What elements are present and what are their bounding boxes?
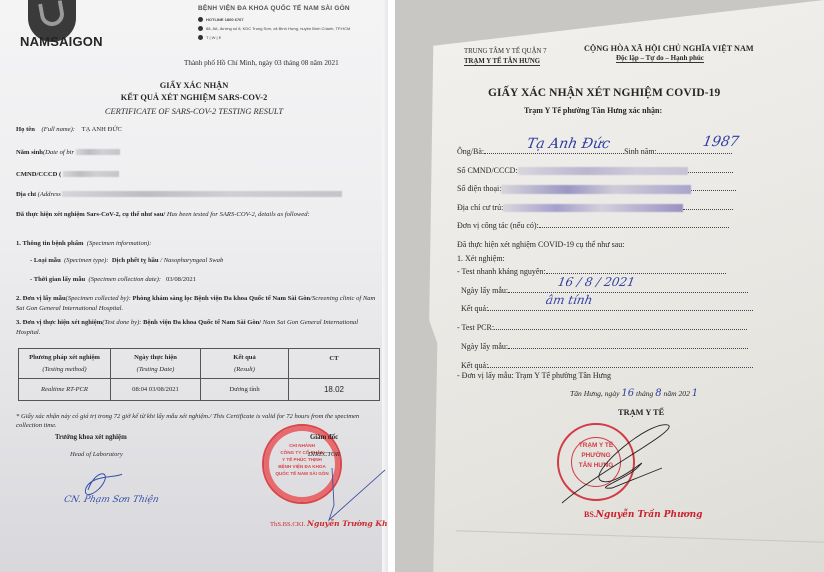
field-workplace: Đơn vị công tác (nếu có): [457, 221, 729, 230]
handwritten-birth-year: 1987 [702, 134, 740, 150]
collected-by: - Đơn vị lấy mẫu: Trạm Y Tế phường Tân H… [457, 371, 611, 380]
collected-by: 2. Đơn vị lấy mẫu(Specimen collected by)… [16, 294, 376, 314]
rapid-result-field: Kết quả: [461, 304, 753, 313]
handwritten-name: Tạ Anh Đức [526, 136, 612, 152]
director-title: Giám đốc [310, 434, 338, 441]
handwritten-rapid-date: 16 / 8 / 2021 [557, 275, 636, 289]
result-table: Phương pháp xét nghiệm(Testing method) N… [18, 348, 380, 401]
title-vi-2: KẾT QUẢ XÉT NGHIỆM SARS-COV-2 [0, 93, 388, 102]
tested-line: Đã thực hiện xét nghiệm COVID-19 cụ thể … [457, 240, 625, 249]
place-date: Thành phố Hồ Chí Minh, ngày 03 tháng 08 … [184, 59, 339, 67]
hospital-name: BỆNH VIỆN ĐA KHOA QUỐC TẾ NAM SÀI GÒN [198, 5, 350, 12]
section-test: 1. Xét nghiệm: [457, 254, 505, 263]
redacted-address [62, 191, 342, 197]
agency-district: TRUNG TÂM Y TẾ QUẬN 7 [464, 48, 547, 55]
field-id-card: Số CMND/CCCD: [457, 166, 733, 175]
station-stamp: TRẠM Y TẾPHƯỜNGTÂN HƯNG [557, 423, 635, 501]
republic-heading: CỘNG HÒA XÃ HỘI CHỦ NGHĨA VIỆT NAM [584, 44, 754, 53]
header-testing-date: Ngày thực hiện(Testing Date) [111, 349, 201, 379]
field-address: Địa chỉ (Address [16, 191, 342, 198]
location-icon [198, 26, 203, 31]
collection-date: - Thời gian lấy mẫu (Specimen collection… [30, 276, 196, 283]
document-subtitle: Trạm Y Tế phường Tân Hưng xác nhận: [524, 106, 662, 115]
field-date-of-birth: Năm sinh(Date of bir [16, 149, 120, 156]
header-ct: CT [289, 349, 380, 379]
cell-method: Realtime RT-PCR [19, 379, 111, 401]
national-motto: Độc lập – Tự do – Hạnh phúc [616, 54, 704, 63]
table-header-row: Phương pháp xét nghiệm(Testing method) N… [19, 349, 380, 379]
pcr-result-field: Kết quả: [461, 361, 753, 370]
redacted-phone [501, 185, 691, 194]
test-done-by: 3. Đơn vị thực hiện xét nghiệm(Test done… [16, 318, 376, 338]
cell-date: 08:04 03/08/2021 [111, 379, 201, 401]
lab-head-title: Trưởng khoa xét nghiệm [55, 434, 127, 441]
phone-icon [198, 17, 203, 22]
field-address: Địa chỉ cư trú: [457, 203, 733, 212]
table-row: Realtime RT-PCR 08:04 03/08/2021 Dương t… [19, 379, 380, 401]
agency-station: TRẠM Y TẾ TÂN HƯNG [464, 58, 540, 66]
full-name-value: TẠ ANH ĐỨC [82, 126, 122, 133]
place-date: Tân Hưng, ngày 16 tháng 8 năm 202 1 [570, 388, 698, 399]
title-vi-1: GIẤY XÁC NHẬN [0, 81, 388, 90]
station-signer: BS.Nguyễn Trần Phương [584, 510, 702, 520]
specimen-header: 1. Thông tin bệnh phẩm (Specimen informa… [16, 240, 151, 247]
address-line: 88, 8A, đường số 8, KDC Trung Sơn, xã Bì… [198, 26, 350, 31]
certificate-nam-sai-gon: NAMSAIGON BỆNH VIỆN ĐA KHOA QUỐC TẾ NAM … [0, 0, 388, 572]
handwritten-rapid-result: âm tính [545, 293, 594, 307]
field-id-number: CMND/CCCD ( [16, 171, 119, 178]
header-testing-method: Phương pháp xét nghiệm(Testing method) [19, 349, 111, 379]
field-phone: Số điện thoại: [457, 184, 736, 194]
cell-result: Dương tính [201, 379, 289, 401]
redacted-address [503, 204, 683, 212]
logo-text: NAMSAIGON [20, 34, 103, 49]
director-title-en: DIRECTOR [308, 451, 340, 458]
tested-statement: Đã thực hiện xét nghiệm Sars-CoV-2, cụ t… [16, 210, 376, 220]
contact-line: T | W | E [198, 35, 221, 40]
field-full-name: Họ tên (Full name): TẠ ANH ĐỨC [16, 126, 122, 133]
validity-note: * Giấy xác nhận này có giá trị trong 72 … [16, 412, 376, 430]
header-result: Kết quả(Result) [201, 349, 289, 379]
redacted-dob [76, 149, 120, 155]
title-en: CERTIFICATE OF SARS-COV-2 TESTING RESULT [0, 107, 388, 116]
specimen-type: - Loại mẫu (Specimen type): Dịch phết tỵ… [30, 257, 223, 264]
redacted-id [518, 167, 688, 175]
pcr-date-field: Ngày lấy mẫu: [461, 342, 748, 351]
hotline-line: HOTLINE 1800 6767 [198, 17, 244, 22]
document-title: GIẤY XÁC NHẬN XÉT NGHIỆM COVID-19 [488, 87, 720, 99]
pcr-label: - Test PCR: [457, 323, 747, 332]
director-name: ThS.BS.CKI. Nguyễn Trường Khương [270, 519, 388, 528]
globe-icon [198, 35, 203, 40]
redacted-id [63, 171, 119, 177]
lab-head-title-en: Head of Laboratory [70, 451, 123, 458]
lab-head-name: CN. Phạm Sơn Thiện [63, 495, 160, 505]
cell-ct: 18.02 [289, 379, 380, 401]
station-title: TRẠM Y TẾ [618, 408, 664, 417]
